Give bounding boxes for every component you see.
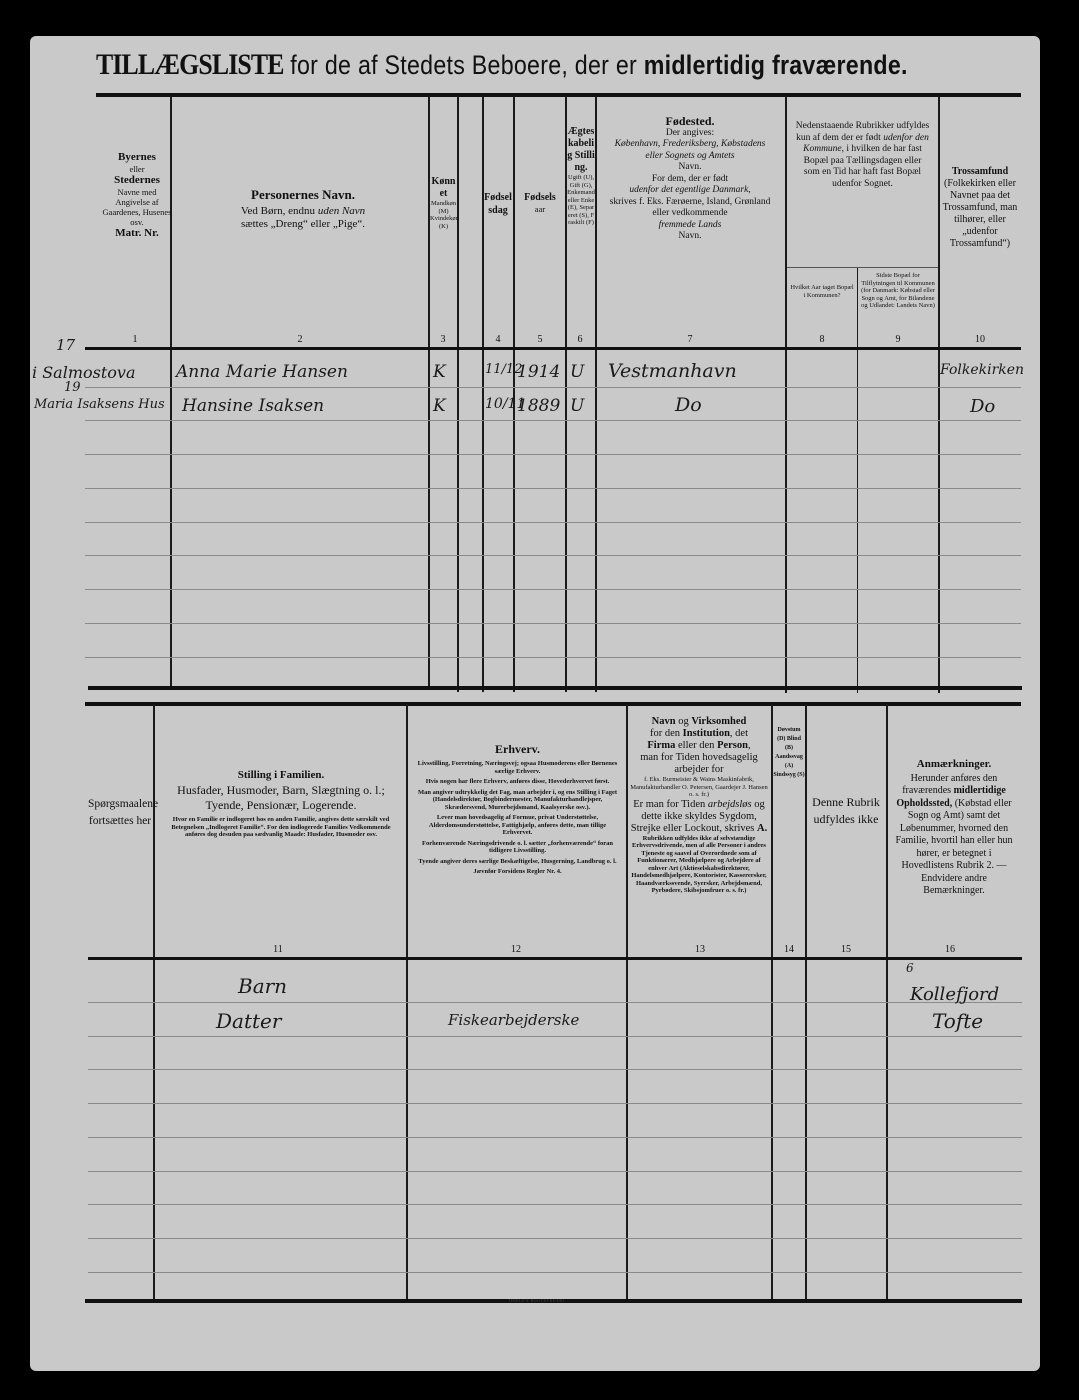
row-line (85, 488, 1021, 489)
col5-header: Fødsels aar (516, 191, 564, 214)
row-line (88, 1204, 1022, 1205)
remarks: Tofte (932, 1009, 983, 1033)
row-line (85, 657, 1021, 658)
col-number: 7 (680, 334, 700, 345)
col-number: 13 (690, 944, 710, 955)
section-rule (85, 702, 1021, 706)
religion: Do (970, 396, 995, 417)
row-line (85, 522, 1021, 523)
col11-header: Stilling i Familien. Husfader, Husmoder,… (165, 768, 397, 839)
col-number: 12 (506, 944, 526, 955)
divider (938, 96, 940, 693)
col8-header: Hvilket Aar taget Bopæl i Kommunen? (789, 284, 855, 299)
divider (595, 96, 597, 692)
col-number: 3 (433, 334, 453, 345)
row-line (85, 454, 1021, 455)
row-line (85, 387, 1021, 388)
col14-header: Døvstum (D) Blind (B) Aandssvag (A) Sind… (773, 726, 805, 780)
col-number: 2 (290, 334, 310, 345)
row-line (88, 1137, 1022, 1138)
religion: Folkekirken (940, 362, 1024, 378)
row-line (85, 420, 1021, 421)
col9-header: Sidste Bopæl for Tilflytningen til Kommu… (860, 272, 936, 310)
row-line (85, 589, 1021, 590)
marital-status: U (570, 396, 584, 416)
col-number: 10 (970, 334, 990, 345)
col3-header: Kønnet Mandkøn (M) Kvindekøn (K) (430, 176, 457, 230)
row-line (88, 1272, 1022, 1273)
title-middle: for de af Stedets Beboere, der er (290, 50, 637, 80)
col-number: 4 (488, 334, 508, 345)
census-form-page: TILLÆGSLISTE for de af Stedets Beboere, … (30, 36, 1040, 1371)
col4-header: Fødselsdag (484, 191, 512, 217)
occupation: Fiskearbejderske (448, 1011, 579, 1029)
row-line (85, 623, 1021, 624)
col-number: 1 (125, 334, 145, 345)
birthplace: Do (675, 394, 702, 416)
col13-header: Navn og Virksomhed for den Institution, … (630, 716, 768, 895)
form-title: TILLÆGSLISTE for de af Stedets Beboere, … (96, 48, 896, 82)
header-rule (85, 347, 1021, 350)
birthplace: Vestmanhavn (608, 360, 737, 382)
person-name: Anna Marie Hansen (176, 362, 348, 382)
title-bold: TILLÆGSLISTE (96, 48, 284, 81)
col-number: 8 (812, 334, 832, 345)
col-number: 14 (779, 944, 799, 955)
birth-year: 1914 (517, 362, 560, 382)
side-note: Spørgsmaalene fortsættes her (88, 796, 152, 830)
divider (805, 704, 807, 1302)
remarks: Kollefjord (910, 984, 999, 1005)
divider (626, 704, 628, 1302)
row-line (88, 1238, 1022, 1239)
divider (886, 704, 888, 1302)
col16-header: Anmærkninger. Herunder anføres den fravæ… (892, 758, 1016, 898)
col8-9-group-header: Nedenstaaende Rubrikker udfyldes kun af … (795, 121, 930, 190)
header-rule (88, 957, 1022, 960)
col15-header: Denne Rubrik udfyldes ikke (808, 794, 884, 828)
person-name: Hansine Isaksen (182, 396, 324, 416)
family-position: Barn (238, 974, 287, 998)
marital-status: U (570, 362, 584, 382)
birth-year: 1889 (517, 396, 560, 416)
row-line (88, 1069, 1022, 1070)
place-name: Maria Isaksens Hus (34, 397, 165, 412)
row-line (85, 555, 1021, 556)
section-rule (88, 686, 1022, 690)
title-underline (96, 93, 1021, 97)
col10-header: Trossamfund (Folkekirken eller Navnet pa… (942, 166, 1018, 250)
divider (513, 96, 515, 692)
col6-header: Ægteskabelig Stilling. Ugift (U), Gift (… (567, 126, 595, 227)
divider (785, 96, 787, 693)
remarks-number: 6 (906, 961, 914, 975)
divider (153, 704, 155, 1302)
place-name: i Salmostova (32, 363, 135, 382)
title-bold2: midlertidig fraværende. (644, 50, 908, 80)
col2-header: Personernes Navn. Ved Børn, endnu uden N… (188, 188, 418, 231)
row-line (88, 1171, 1022, 1172)
family-position: Datter (216, 1009, 281, 1033)
row-line (88, 1002, 1022, 1003)
col-number: 11 (268, 944, 288, 955)
divider (857, 268, 858, 693)
divider (771, 704, 773, 1302)
col1-header: Byernes eller Stedernes Navne med Angive… (102, 151, 172, 240)
row-line (88, 1036, 1022, 1037)
col7-header: Fødested. Der angives: København, Freder… (605, 116, 775, 243)
divider (482, 96, 484, 692)
matr-nr: 19 (64, 380, 81, 395)
col-number: 6 (570, 334, 590, 345)
col-number: 16 (940, 944, 960, 955)
sex: K (433, 396, 446, 416)
col-number: 9 (888, 334, 908, 345)
divider (457, 96, 459, 692)
col-number: 15 (836, 944, 856, 955)
row-line (88, 1103, 1022, 1104)
matr-nr: 17 (56, 336, 75, 354)
divider (406, 704, 408, 1302)
col-number: 5 (530, 334, 550, 345)
col12-header: Erhverv. Livsstilling, Forretning, Nærin… (415, 741, 620, 876)
printer-imprint: THIELE'S BOGTRYKKERI (508, 1298, 564, 1303)
divider (787, 267, 938, 268)
sex: K (433, 362, 446, 382)
